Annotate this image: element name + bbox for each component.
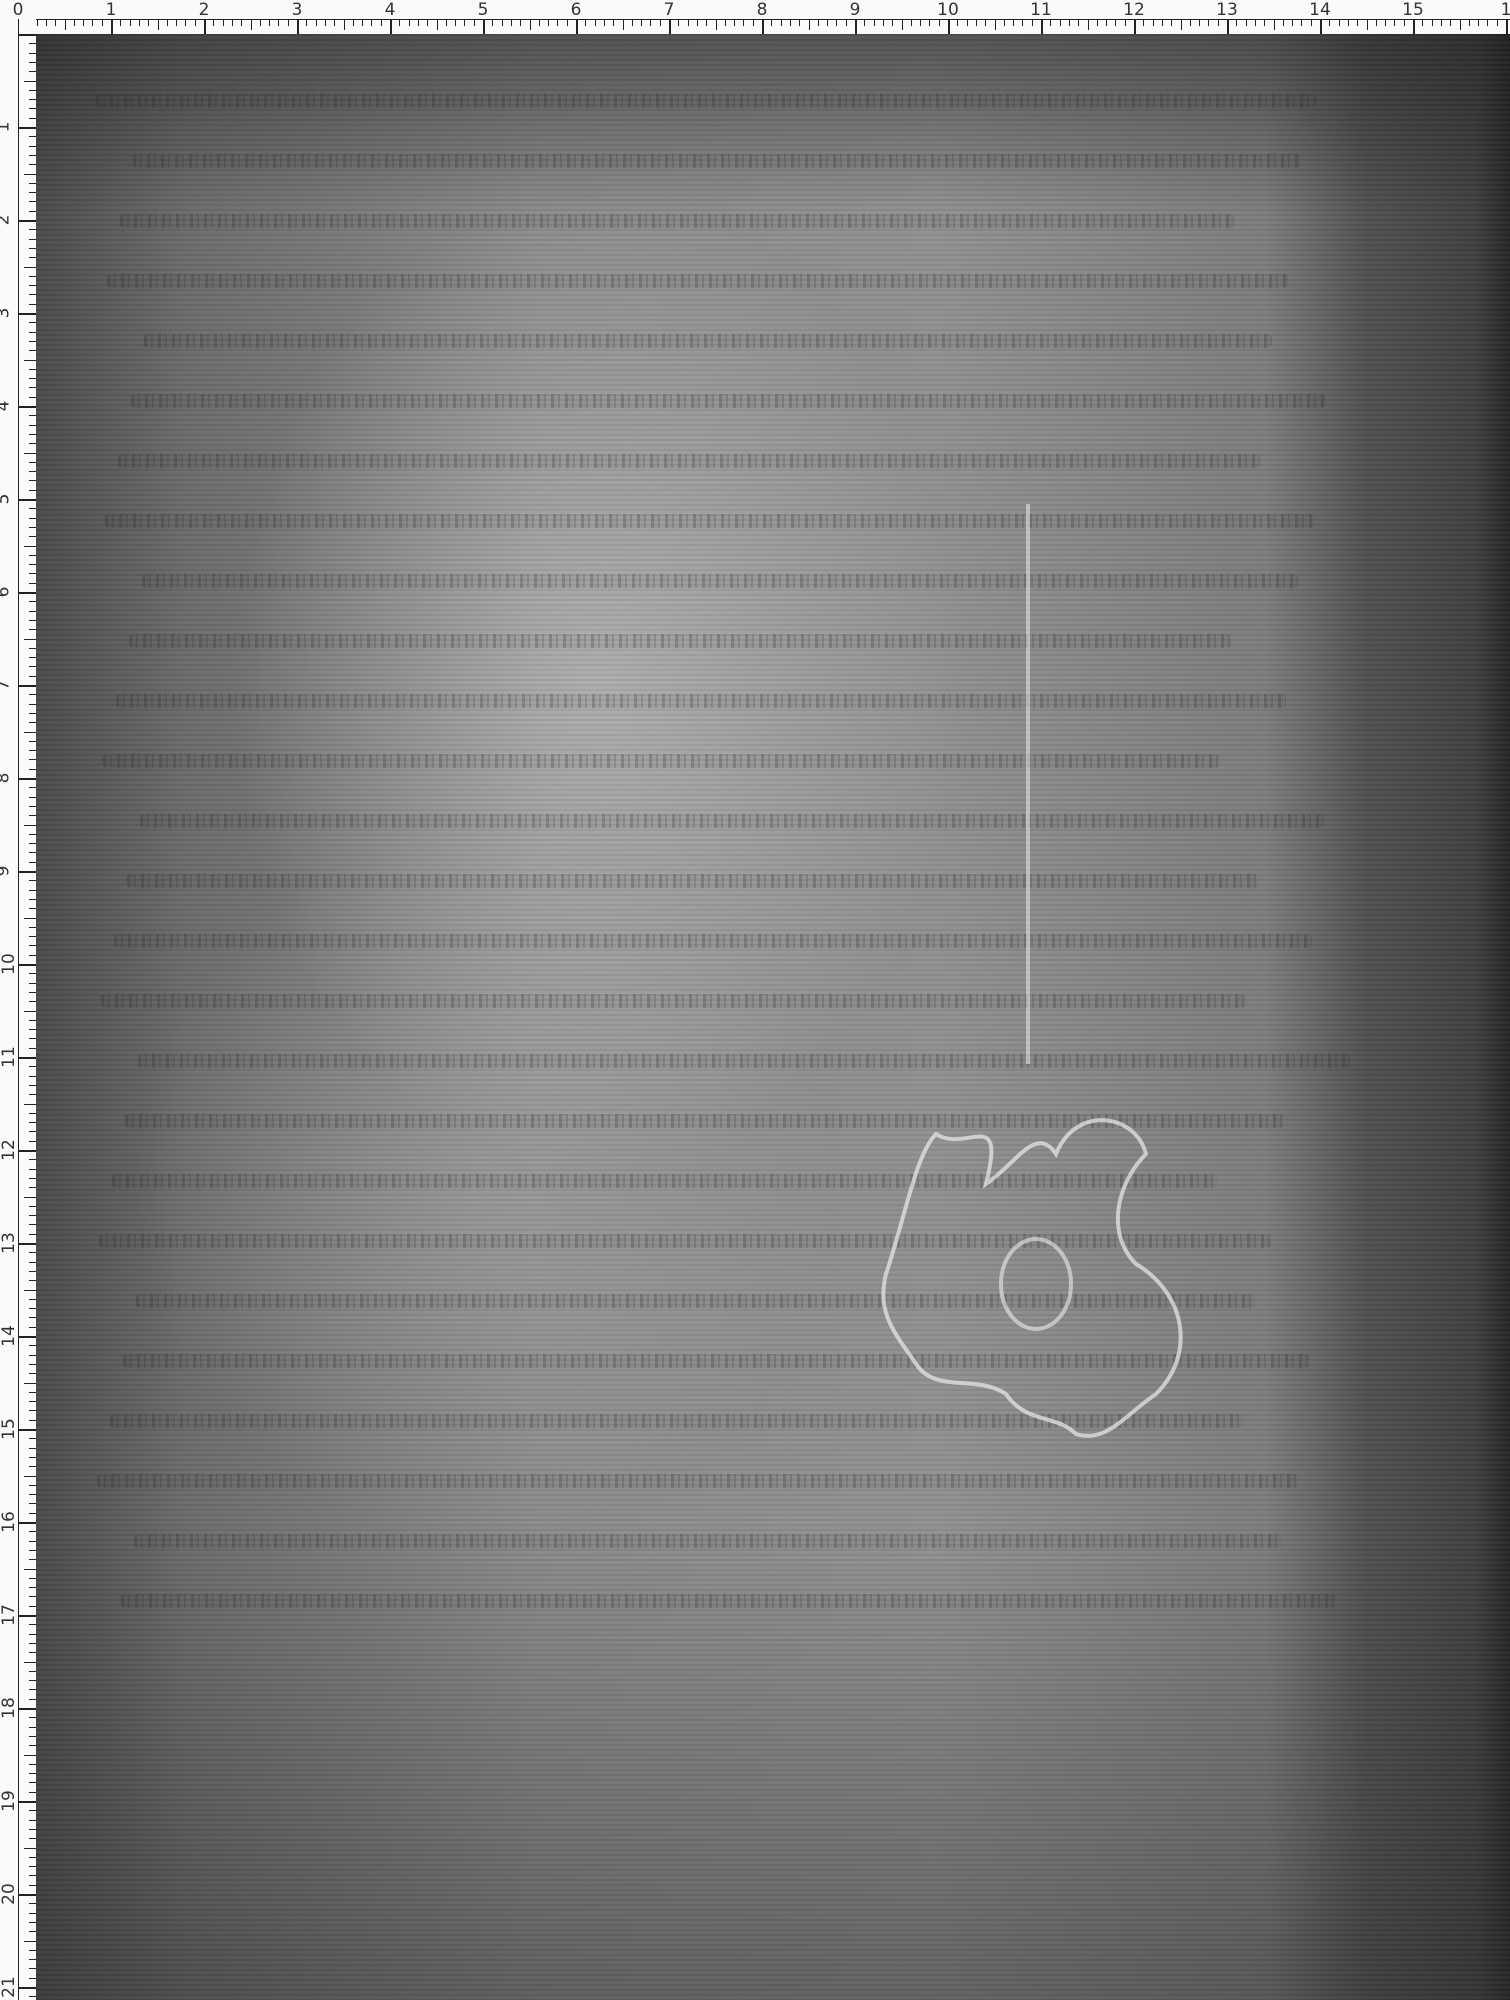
ruler-tick — [1283, 19, 1284, 26]
ruler-tick — [213, 19, 214, 26]
ruler-tick — [29, 769, 36, 770]
ruler-tick — [29, 1066, 36, 1067]
manuscript-text-line — [101, 994, 1246, 1008]
ruler-tick — [743, 19, 744, 26]
ruler-tick — [1404, 19, 1405, 26]
ruler-tick — [158, 19, 159, 30]
ruler-tick — [29, 1345, 36, 1346]
ruler-tick — [1199, 19, 1200, 26]
ruler-tick — [29, 973, 36, 974]
manuscript-text-line — [138, 1054, 1350, 1068]
ruler-tick — [24, 825, 36, 826]
ruler-tick — [29, 1829, 36, 1830]
ruler-tick — [29, 1401, 36, 1402]
ruler-tick — [24, 546, 36, 547]
ruler-tick — [29, 936, 36, 937]
ruler-tick — [29, 146, 36, 147]
top-ruler-label: 9 — [850, 0, 861, 20]
ruler-tick — [29, 620, 36, 621]
ruler-tick — [29, 704, 36, 705]
left-ruler-label: 9 — [0, 866, 13, 877]
ruler-tick — [29, 350, 36, 351]
ruler-tick — [29, 843, 36, 844]
top-ruler-label: 6 — [571, 0, 582, 20]
ruler-tick — [29, 1113, 36, 1114]
ruler-tick — [29, 1922, 36, 1923]
manuscript-text-line — [105, 514, 1314, 528]
ruler-tick — [585, 19, 586, 26]
ruler-tick — [29, 722, 36, 723]
ruler-tick — [24, 1941, 36, 1942]
ruler-tick — [29, 397, 36, 398]
ruler-tick — [623, 19, 624, 30]
ruler-tick — [29, 211, 36, 212]
ruler-tick — [1422, 19, 1423, 26]
ruler-tick — [24, 1662, 36, 1663]
ruler-tick — [1394, 19, 1395, 26]
ruler-tick — [29, 1931, 36, 1932]
ruler-tick — [195, 19, 196, 26]
ruler-tick — [24, 360, 36, 361]
ruler-tick — [967, 19, 968, 26]
ruler-tick — [29, 1001, 36, 1002]
top-ruler-label: 12 — [1123, 0, 1145, 20]
left-ruler-label: 6 — [0, 587, 13, 598]
ruler-tick — [29, 1838, 36, 1839]
ruler-tick — [29, 1717, 36, 1718]
ruler-tick — [18, 1894, 36, 1896]
ruler-tick — [1339, 19, 1340, 26]
ruler-tick — [278, 19, 279, 26]
ruler-tick — [1208, 19, 1209, 26]
ruler-tick — [29, 387, 36, 388]
ruler-tick — [502, 19, 503, 26]
ruler-tick — [29, 852, 36, 853]
ruler-tick — [29, 294, 36, 295]
ruler-tick — [29, 471, 36, 472]
ruler-tick — [29, 1782, 36, 1783]
ruler-tick — [29, 1764, 36, 1765]
ruler-tick — [24, 1755, 36, 1756]
ruler-tick — [929, 19, 930, 26]
ruler-tick — [29, 676, 36, 677]
top-ruler-label: 7 — [664, 0, 675, 20]
ruler-tick — [29, 1699, 36, 1700]
ruler-tick — [29, 564, 36, 565]
ruler-tick — [1311, 19, 1312, 26]
ruler-tick — [29, 1913, 36, 1914]
ruler-tick — [29, 1187, 36, 1188]
ruler-tick — [660, 19, 661, 26]
ruler-tick — [18, 34, 36, 36]
manuscript-text-line — [107, 274, 1288, 288]
ruler-tick — [799, 19, 800, 26]
ruler-tick — [29, 108, 36, 109]
ruler-tick — [204, 19, 206, 34]
ruler-tick — [29, 192, 36, 193]
ruler-tick — [29, 1727, 36, 1728]
ruler-tick — [1069, 19, 1070, 26]
ruler-tick — [520, 19, 521, 26]
ruler-tick — [976, 19, 977, 26]
ruler-tick — [632, 19, 633, 26]
ruler-tick — [18, 220, 36, 222]
ruler-tick — [29, 1968, 36, 1969]
ruler-tick — [92, 19, 93, 26]
ruler-tick — [18, 1243, 36, 1245]
ruler-tick — [1367, 19, 1368, 30]
ruler-tick — [1041, 19, 1043, 34]
ruler-tick — [911, 19, 912, 26]
ruler-tick — [1460, 19, 1461, 30]
ruler-tick — [29, 983, 36, 984]
left-ruler-label: 8 — [0, 773, 13, 784]
ruler-tick — [483, 19, 485, 34]
ruler-tick — [1413, 19, 1415, 34]
ruler-tick — [29, 332, 36, 333]
ruler-tick — [29, 369, 36, 370]
ruler-tick — [985, 19, 986, 26]
left-ruler-label: 7 — [0, 680, 13, 691]
ruler-tick — [18, 1708, 36, 1710]
ruler-tick — [1115, 19, 1116, 26]
left-ruler-label: 1 — [0, 122, 13, 133]
left-ruler-bar — [18, 19, 36, 2000]
ruler-tick — [706, 19, 707, 26]
ruler-tick — [29, 1773, 36, 1774]
ruler-tick — [1478, 19, 1479, 26]
ruler-tick — [29, 759, 36, 760]
ruler-tick — [1236, 19, 1237, 26]
ruler-tick — [948, 19, 950, 34]
ruler-tick — [29, 797, 36, 798]
ruler-tick — [725, 19, 726, 26]
ruler-tick — [613, 19, 614, 26]
ruler-tick — [29, 945, 36, 946]
ruler-tick — [29, 1410, 36, 1411]
ruler-tick — [29, 1299, 36, 1300]
manuscript-text-line — [118, 454, 1260, 468]
manuscript-text-line — [140, 814, 1324, 828]
ruler-tick — [1004, 19, 1005, 26]
ruler-tick — [29, 955, 36, 956]
ruler-tick — [902, 19, 903, 30]
ruler-tick — [24, 732, 36, 733]
ruler-tick — [29, 1280, 36, 1281]
ruler-tick — [344, 19, 345, 30]
manuscript-text-line — [96, 94, 1316, 108]
ruler-tick — [29, 1020, 36, 1021]
ruler-tick — [1246, 19, 1247, 26]
ruler-tick — [29, 99, 36, 100]
ruler-tick — [1506, 19, 1508, 34]
ruler-tick — [29, 1866, 36, 1867]
ruler-tick — [29, 434, 36, 435]
ruler-tick — [29, 899, 36, 900]
ruler-tick — [29, 1234, 36, 1235]
ruler-tick — [753, 19, 754, 26]
ruler-tick — [29, 834, 36, 835]
ruler-tick — [29, 118, 36, 119]
ruler-tick — [18, 592, 36, 594]
ruler-tick — [29, 1485, 36, 1486]
ruler-tick — [762, 19, 764, 34]
ruler-tick — [29, 1503, 36, 1504]
ruler-tick — [697, 19, 698, 26]
ruler-tick — [29, 518, 36, 519]
ruler-tick — [29, 806, 36, 807]
ruler-tick — [29, 1578, 36, 1579]
ruler-tick — [24, 267, 36, 268]
ruler-tick — [24, 1476, 36, 1477]
left-ruler-label: 10 — [0, 953, 19, 975]
ruler-tick — [29, 1373, 36, 1374]
ruler-tick — [29, 1857, 36, 1858]
ruler-tick — [883, 19, 884, 26]
ruler-tick — [1153, 19, 1154, 26]
ruler-tick — [29, 1364, 36, 1365]
ruler-tick — [29, 71, 36, 72]
ruler-tick — [1171, 19, 1172, 26]
ruler-tick — [1274, 19, 1275, 30]
ruler-tick — [1385, 19, 1386, 26]
ruler-tick — [24, 1383, 36, 1384]
ruler-tick — [29, 1131, 36, 1132]
ruler-tick — [29, 992, 36, 993]
ruler-tick — [29, 694, 36, 695]
manuscript-text-line — [116, 694, 1286, 708]
ruler-tick — [29, 425, 36, 426]
ruler-tick — [185, 19, 186, 26]
ruler-tick — [688, 19, 689, 26]
ruler-tick — [1060, 19, 1061, 26]
ruler-tick — [74, 19, 75, 26]
ruler-tick — [29, 908, 36, 909]
ruler-tick — [18, 1057, 36, 1059]
ruler-tick — [1022, 19, 1023, 26]
ruler-tick — [781, 19, 782, 26]
ruler-tick — [29, 1587, 36, 1588]
ruler-tick — [29, 1224, 36, 1225]
ruler-tick — [29, 1215, 36, 1216]
manuscript-text-line — [103, 754, 1220, 768]
crease-line — [1026, 504, 1030, 1064]
ruler-tick — [29, 1392, 36, 1393]
ruler-tick — [29, 1178, 36, 1179]
ruler-tick — [29, 378, 36, 379]
ruler-tick — [24, 1290, 36, 1291]
ruler-tick — [1432, 19, 1433, 26]
ruler-tick — [576, 19, 578, 34]
ruler-tick — [148, 19, 149, 26]
ruler-tick — [29, 239, 36, 240]
ruler-tick — [29, 53, 36, 54]
ruler-tick — [446, 19, 447, 26]
ruler-tick — [1134, 19, 1136, 34]
ruler-tick — [1013, 19, 1014, 26]
manuscript-text-line — [121, 1594, 1336, 1608]
ruler-tick — [29, 1671, 36, 1672]
ruler-tick — [24, 453, 36, 454]
ruler-tick — [29, 1903, 36, 1904]
ruler-tick — [418, 19, 419, 26]
left-ruler-label: 2 — [0, 215, 13, 226]
ruler-tick — [29, 750, 36, 751]
ruler-tick — [669, 19, 671, 34]
ruler-tick — [46, 19, 47, 26]
ruler-tick — [1078, 19, 1079, 26]
ruler-tick — [1162, 19, 1163, 26]
ruler-tick — [269, 19, 270, 26]
ruler-tick — [1125, 19, 1126, 26]
ruler-tick — [29, 666, 36, 667]
ruler-tick — [29, 1606, 36, 1607]
ruler-tick — [29, 1094, 36, 1095]
ruler-tick — [18, 1336, 36, 1338]
stain-outline — [856, 1094, 1236, 1454]
ruler-tick — [29, 304, 36, 305]
left-ruler-label: 3 — [0, 308, 13, 319]
ruler-tick — [29, 1559, 36, 1560]
ruler-tick — [297, 19, 299, 34]
ruler-tick — [1264, 19, 1265, 26]
ruler-tick — [29, 1513, 36, 1514]
ruler-tick — [83, 19, 84, 26]
ruler-tick — [18, 871, 36, 873]
ruler-tick — [1469, 19, 1470, 26]
ruler-tick — [29, 1996, 36, 1997]
ruler-tick — [29, 1159, 36, 1160]
top-ruler-label: 8 — [757, 0, 768, 20]
ruler-tick — [399, 19, 400, 26]
left-ruler-label: 12 — [0, 1139, 19, 1161]
ruler-tick — [260, 19, 261, 26]
top-ruler-label: 1 — [106, 0, 117, 20]
ruler-tick — [24, 174, 36, 175]
ruler-tick — [846, 19, 847, 26]
ruler-tick — [1301, 19, 1302, 26]
ruler-tick — [29, 1317, 36, 1318]
ruler-tick — [492, 19, 493, 26]
ruler-tick — [24, 1011, 36, 1012]
manuscript-page — [36, 34, 1510, 2000]
top-ruler-label: 2 — [199, 0, 210, 20]
ruler-tick — [1348, 19, 1349, 26]
top-ruler-label: 1 — [1501, 0, 1510, 20]
ruler-tick — [29, 508, 36, 509]
ruler-tick — [864, 19, 865, 26]
top-ruler-label: 15 — [1402, 0, 1424, 20]
ruler-tick — [29, 155, 36, 156]
ruler-tick — [455, 19, 456, 26]
ruler-tick — [474, 19, 475, 26]
ruler-tick — [29, 573, 36, 574]
top-ruler-label: 3 — [292, 0, 303, 20]
top-ruler-label: 10 — [937, 0, 959, 20]
ruler-tick — [37, 19, 38, 26]
ruler-tick — [29, 1206, 36, 1207]
ruler-tick — [288, 19, 289, 26]
ruler-tick — [29, 1122, 36, 1123]
ruler-tick — [24, 639, 36, 640]
ruler-tick — [29, 490, 36, 491]
ruler-tick — [29, 657, 36, 658]
ruler-tick — [29, 136, 36, 137]
ruler-tick — [29, 248, 36, 249]
ruler-tick — [641, 19, 642, 26]
ruler-tick — [29, 1327, 36, 1328]
ruler-tick — [29, 1680, 36, 1681]
left-ruler: 123456789101112131415161718192021 — [0, 0, 36, 2000]
ruler-tick — [18, 1429, 36, 1431]
ruler-tick — [18, 1150, 36, 1152]
ruler-tick — [734, 19, 735, 26]
ruler-tick — [1181, 19, 1182, 30]
left-ruler-label: 18 — [0, 1697, 19, 1719]
ruler-tick — [29, 1736, 36, 1737]
ruler-tick — [29, 1634, 36, 1635]
left-ruler-label: 17 — [0, 1604, 19, 1626]
top-ruler-label: 14 — [1309, 0, 1331, 20]
ruler-tick — [836, 19, 837, 26]
ruler-tick — [381, 19, 382, 26]
ruler-tick — [18, 499, 36, 501]
ruler-tick — [1218, 19, 1219, 26]
ruler-tick — [29, 1875, 36, 1876]
ruler-tick — [818, 19, 819, 26]
ruler-tick — [29, 1689, 36, 1690]
ruler-tick — [139, 19, 140, 26]
ruler-tick — [650, 19, 651, 26]
ruler-tick — [232, 19, 233, 26]
ruler-tick — [29, 201, 36, 202]
ruler-tick — [29, 1596, 36, 1597]
ruler-tick — [29, 1271, 36, 1272]
top-ruler-label: 11 — [1030, 0, 1052, 20]
ruler-tick — [29, 927, 36, 928]
left-ruler-label: 21 — [0, 1976, 19, 1998]
left-ruler-label: 15 — [0, 1418, 19, 1440]
ruler-tick — [241, 19, 242, 26]
ruler-tick — [24, 81, 36, 82]
manuscript-text-line — [142, 574, 1298, 588]
ruler-tick — [24, 1569, 36, 1570]
ruler-tick — [29, 1792, 36, 1793]
ruler-tick — [957, 19, 958, 26]
ruler-tick — [29, 285, 36, 286]
left-ruler-label: 16 — [0, 1511, 19, 1533]
ruler-tick — [371, 19, 372, 26]
ruler-tick — [29, 90, 36, 91]
ruler-tick — [29, 527, 36, 528]
ruler-tick — [18, 685, 36, 687]
ruler-tick — [29, 1457, 36, 1458]
ruler-tick — [29, 1169, 36, 1170]
ruler-tick — [604, 19, 605, 26]
ruler-tick — [29, 1466, 36, 1467]
ruler-tick — [427, 19, 428, 26]
ruler-tick — [29, 1355, 36, 1356]
ruler-tick — [874, 19, 875, 26]
left-ruler-label: 14 — [0, 1325, 19, 1347]
ruler-tick — [716, 19, 717, 30]
left-ruler-label: 4 — [0, 401, 13, 412]
ruler-tick — [1106, 19, 1107, 26]
ruler-tick — [316, 19, 317, 26]
ruler-tick — [29, 787, 36, 788]
ruler-tick — [29, 1141, 36, 1142]
ruler-tick — [390, 19, 392, 34]
